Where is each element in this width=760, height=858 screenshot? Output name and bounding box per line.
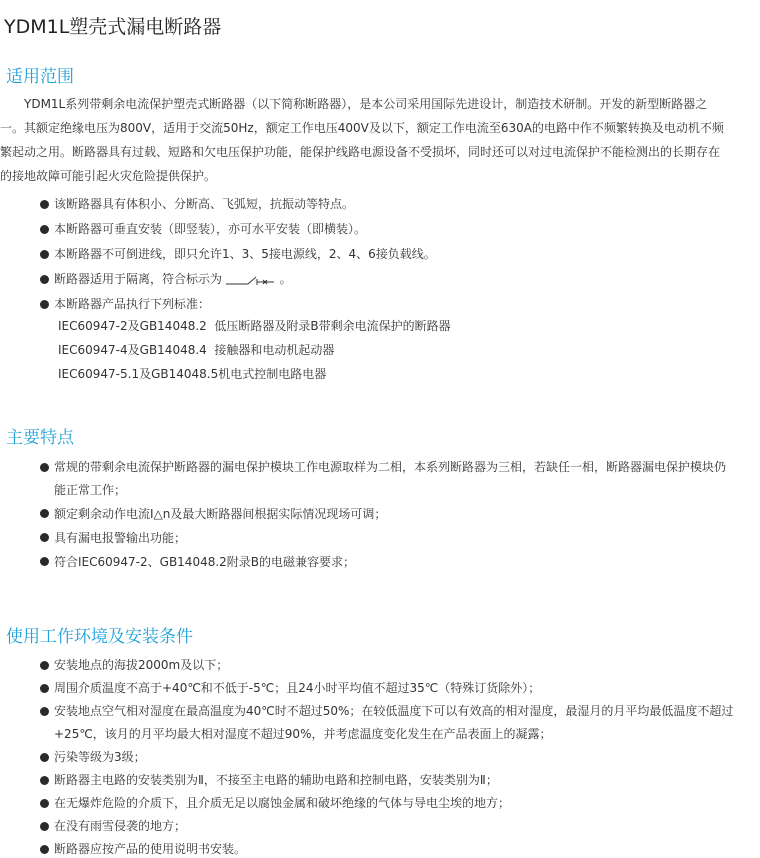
list-item-text: 具有漏电报警输出功能； [54, 531, 186, 545]
list-item: 在没有雨雪侵袭的地方； [40, 815, 733, 838]
intro-line: 的接地故障可能引起火灾危险提供保护。 [0, 164, 760, 188]
bullet-icon [40, 776, 49, 785]
bullet-icon [40, 225, 49, 234]
intro-line: 一。其额定绝缘电压为800V，适用于交流50Hz，额定工作电压400V及以下，额… [0, 116, 760, 140]
list-item-text: 常规的带剩余电流保护断路器的漏电保护模块工作电源取样为二相，本系列断路器为三相，… [54, 456, 726, 479]
bullet-icon [40, 684, 49, 693]
standards-list: IEC60947-2及GB14048.2 低压断路器及附录B带剩余电流保护的断路… [58, 314, 451, 386]
bullet-icon [40, 200, 49, 209]
list-item-text-continued: +25℃，该月的月平均最大相对湿度不超过90%，并考虑温度变化发生在产品表面上的… [54, 723, 733, 746]
bullet-icon [40, 661, 49, 670]
bullet-icon [40, 707, 49, 716]
list-item: 安装地点空气相对湿度在最高温度为40℃时不超过50%；在较低温度下可以有效高的相… [40, 700, 733, 746]
list-item: 周围介质温度不高于+40℃和不低于-5℃；且24小时平均值不超过35℃（特殊订货… [40, 677, 733, 700]
list-item: 污染等级为3级； [40, 746, 733, 769]
intro-line: YDM1L系列带剩余电流保护塑壳式断路器（以下简称断路器），是本公司采用国际先进… [0, 92, 760, 116]
bullet-icon [40, 509, 49, 518]
bullet-icon [40, 300, 49, 309]
scope-intro-paragraph: YDM1L系列带剩余电流保护塑壳式断路器（以下简称断路器），是本公司采用国际先进… [0, 92, 760, 188]
list-item: 具有漏电报警输出功能； [40, 526, 726, 550]
bullet-icon [40, 822, 49, 831]
section-heading-scope: 适用范围 [6, 62, 74, 87]
list-item-text: 本断路器产品执行下列标准： [54, 297, 210, 311]
list-item-text: 周围介质温度不高于+40℃和不低于-5℃；且24小时平均值不超过35℃（特殊订货… [54, 681, 540, 695]
list-item-text: 本断路器可垂直安装（即竖装），亦可水平安装（即横装）。 [54, 222, 366, 236]
bullet-icon [40, 799, 49, 808]
list-item-text-continued: 能正常工作； [54, 479, 726, 502]
environment-bullet-list: 安装地点的海拔2000m及以下； 周围介质温度不高于+40℃和不低于-5℃；且2… [40, 654, 733, 858]
list-item-text: 安装地点空气相对湿度在最高温度为40℃时不超过50%；在较低温度下可以有效高的相… [54, 700, 733, 723]
bullet-icon [40, 557, 49, 566]
list-item: 本断路器不可倒进线，即只允许1、3、5接电源线，2、4、6接负载线。 [40, 242, 436, 267]
list-item-text: 断路器主电路的安装类别为Ⅱ，不接至主电路的辅助电路和控制电路，安装类别为Ⅱ； [54, 773, 498, 787]
bullet-icon [40, 463, 49, 472]
isolating-switch-symbol-icon [226, 274, 276, 286]
list-item-text: 断路器应按产品的使用说明书安装。 [54, 842, 246, 856]
list-item-suffix: 。 [280, 272, 292, 286]
standard-item: IEC60947-2及GB14048.2 低压断路器及附录B带剩余电流保护的断路… [58, 314, 451, 338]
list-item: 符合IEC60947-2、GB14048.2附录B的电磁兼容要求； [40, 550, 726, 574]
list-item-text: 该断路器具有体积小、分断高、飞弧短，抗振动等特点。 [54, 197, 354, 211]
intro-line: 繁起动之用。断路器具有过载、短路和欠电压保护功能，能保护线路电源设备不受损坏，同… [0, 140, 760, 164]
list-item: 在无爆炸危险的介质下，且介质无足以腐蚀金属和破坏绝缘的气体与导电尘埃的地方； [40, 792, 733, 815]
scope-bullet-list: 该断路器具有体积小、分断高、飞弧短，抗振动等特点。 本断路器可垂直安装（即竖装）… [40, 192, 436, 317]
features-bullet-list: 常规的带剩余电流保护断路器的漏电保护模块工作电源取样为二相，本系列断路器为三相，… [40, 456, 726, 574]
list-item: 断路器主电路的安装类别为Ⅱ，不接至主电路的辅助电路和控制电路，安装类别为Ⅱ； [40, 769, 733, 792]
list-item: 断路器适用于隔离，符合标示为 。 [40, 267, 436, 292]
section-heading-features: 主要特点 [6, 423, 74, 448]
section-heading-environment: 使用工作环境及安装条件 [6, 622, 193, 647]
list-item: 本断路器可垂直安装（即竖装），亦可水平安装（即横装）。 [40, 217, 436, 242]
list-item-text: 污染等级为3级； [54, 750, 146, 764]
list-item: 该断路器具有体积小、分断高、飞弧短，抗振动等特点。 [40, 192, 436, 217]
list-item-text: 在没有雨雪侵袭的地方； [54, 819, 186, 833]
standard-item: IEC60947-5.1及GB14048.5机电式控制电路电器 [58, 362, 451, 386]
list-item: 常规的带剩余电流保护断路器的漏电保护模块工作电源取样为二相，本系列断路器为三相，… [40, 456, 726, 502]
list-item-text: 符合IEC60947-2、GB14048.2附录B的电磁兼容要求； [54, 555, 355, 569]
page-title: YDM1L塑壳式漏电断路器 [4, 12, 221, 39]
list-item: 安装地点的海拔2000m及以下； [40, 654, 733, 677]
standard-item: IEC60947-4及GB14048.4 接触器和电动机起动器 [58, 338, 451, 362]
bullet-icon [40, 275, 49, 284]
list-item-text: 额定剩余动作电流I△n及最大断路器间根据实际情况现场可调； [54, 507, 386, 521]
list-item: 额定剩余动作电流I△n及最大断路器间根据实际情况现场可调； [40, 502, 726, 526]
list-item-text: 安装地点的海拔2000m及以下； [54, 658, 228, 672]
bullet-icon [40, 753, 49, 762]
list-item-text: 断路器适用于隔离，符合标示为 [54, 272, 222, 286]
bullet-icon [40, 250, 49, 259]
list-item-text: 本断路器不可倒进线，即只允许1、3、5接电源线，2、4、6接负载线。 [54, 247, 436, 261]
list-item: 断路器应按产品的使用说明书安装。 [40, 838, 733, 858]
bullet-icon [40, 845, 49, 854]
list-item-text: 在无爆炸危险的介质下，且介质无足以腐蚀金属和破坏绝缘的气体与导电尘埃的地方； [54, 796, 510, 810]
bullet-icon [40, 533, 49, 542]
